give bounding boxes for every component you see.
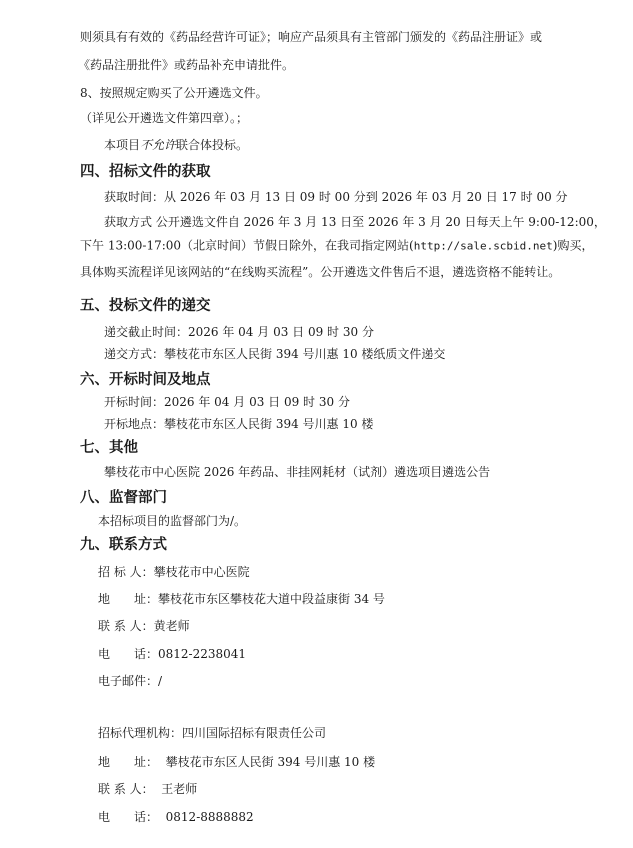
consortium-statement: 本项目不允许联合体投标。 bbox=[104, 137, 248, 153]
qualification-item-8: 8、按照规定购买了公开遴选文件。 bbox=[80, 85, 268, 101]
acquire-method-prefix: 下午 13:00-17:00（北京时间）节假日除外，在我司指定网站( bbox=[80, 239, 414, 253]
agency-contact-value: 王老师 bbox=[161, 782, 197, 796]
purchaser-address-row: 地 址：攀枝花市东区攀枝花大道中段益康街 34 号 bbox=[98, 591, 385, 607]
agency-phone-label: 电 话： bbox=[98, 810, 158, 824]
qualification-note: （详见公开遴选文件第四章）。； bbox=[80, 110, 248, 126]
agency-address-row: 地 址： 攀枝花市东区人民街 394 号川惠 10 楼 bbox=[98, 754, 375, 770]
purchaser-name-value: 攀枝花市中心医院 bbox=[154, 565, 250, 579]
acquire-time: 获取时间：从 2026 年 03 月 13 日 09 时 00 分到 2026 … bbox=[104, 189, 568, 205]
section-heading-9: 九、联系方式 bbox=[80, 536, 167, 554]
purchaser-email-row: 电子邮件：/ bbox=[98, 673, 162, 689]
acquire-method-suffix: )购买， bbox=[553, 239, 594, 253]
consortium-suffix: 联合体投标。 bbox=[176, 138, 248, 152]
agency-phone-value: 0812-8888882 bbox=[166, 810, 254, 824]
agency-name-label: 招标代理机构： bbox=[98, 726, 182, 740]
purchaser-address-label: 地 址： bbox=[98, 592, 158, 606]
agency-name-value: 四川国际招标有限责任公司 bbox=[182, 726, 326, 740]
purchaser-contact-row: 联 系 人：黄老师 bbox=[98, 618, 190, 634]
agency-contact-label: 联 系 人： bbox=[98, 782, 154, 796]
purchaser-phone-value: 0812-2238041 bbox=[158, 647, 246, 661]
section-heading-5: 五、投标文件的递交 bbox=[80, 297, 211, 315]
section-heading-7: 七、其他 bbox=[80, 439, 138, 457]
purchase-website-link[interactable]: http://sale.scbid.net bbox=[414, 240, 553, 253]
section-heading-8: 八、监督部门 bbox=[80, 489, 167, 507]
agency-address-value: 攀枝花市东区人民街 394 号川惠 10 楼 bbox=[166, 755, 375, 769]
consortium-not-allowed: 不允许 bbox=[140, 138, 176, 152]
section-heading-6: 六、开标时间及地点 bbox=[80, 371, 211, 389]
agency-contact-row: 联 系 人： 王老师 bbox=[98, 781, 197, 797]
agency-phone-row: 电 话： 0812-8888882 bbox=[98, 809, 254, 825]
supervision-text: 本招标项目的监督部门为/。 bbox=[98, 513, 246, 529]
section-heading-4: 四、招标文件的获取 bbox=[80, 163, 211, 181]
purchaser-email-value: / bbox=[158, 674, 162, 688]
opening-time: 开标时间：2026 年 04 月 03 日 09 时 30 分 bbox=[104, 394, 350, 410]
purchaser-phone-label: 电 话： bbox=[98, 647, 158, 661]
purchaser-contact-label: 联 系 人： bbox=[98, 619, 154, 633]
qualification-line-2: 《药品注册批件》或药品补充申请批件。 bbox=[78, 57, 294, 73]
consortium-prefix: 本项目 bbox=[104, 138, 140, 152]
purchaser-contact-value: 黄老师 bbox=[154, 619, 190, 633]
acquire-method-line-3: 具体购买流程详见该网站的“在线购买流程”。公开遴选文件售后不退，遴选资格不能转让… bbox=[80, 264, 560, 280]
agency-address-label: 地 址： bbox=[98, 755, 158, 769]
agency-name-row: 招标代理机构：四川国际招标有限责任公司 bbox=[98, 725, 326, 741]
purchaser-address-value: 攀枝花市东区攀枝花大道中段益康街 34 号 bbox=[158, 592, 385, 606]
opening-place: 开标地点：攀枝花市东区人民街 394 号川惠 10 楼 bbox=[104, 416, 373, 432]
acquire-method-line-2: 下午 13:00-17:00（北京时间）节假日除外，在我司指定网站(http:/… bbox=[80, 238, 593, 255]
acquire-method-line-1: 获取方式 公开遴选文件自 2026 年 3 月 13 日至 2026 年 3 月… bbox=[104, 214, 606, 230]
qualification-line-1: 则须具有有效的《药品经营许可证》；响应产品须具有主管部门颁发的《药品注册证》或 bbox=[80, 29, 542, 45]
purchaser-name-label: 招 标 人： bbox=[98, 565, 154, 579]
purchaser-name-row: 招 标 人：攀枝花市中心医院 bbox=[98, 564, 250, 580]
purchaser-email-label: 电子邮件： bbox=[98, 674, 158, 688]
other-text: 攀枝花市中心医院 2026 年药品、非挂网耗材（试剂）遴选项目遴选公告 bbox=[104, 464, 490, 480]
submission-deadline: 递交截止时间：2026 年 04 月 03 日 09 时 30 分 bbox=[104, 324, 374, 340]
submission-method: 递交方式：攀枝花市东区人民街 394 号川惠 10 楼纸质文件递交 bbox=[104, 346, 445, 362]
purchaser-phone-row: 电 话：0812-2238041 bbox=[98, 646, 246, 662]
